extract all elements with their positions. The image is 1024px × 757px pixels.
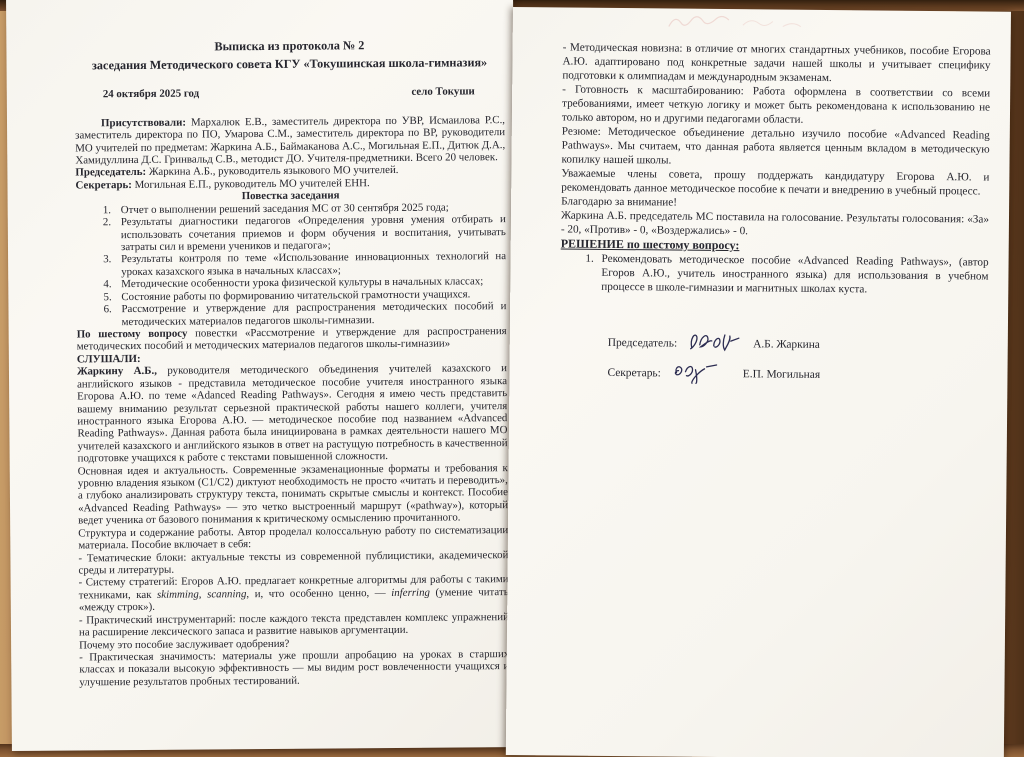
attendees-paragraph: Присутствовали: Мархалюк Е.В., заместите… [75, 114, 505, 167]
question6-label: По шестому вопросу [77, 328, 188, 341]
secretary-signature-ink [671, 358, 733, 385]
secretary-label: Секретарь: [75, 179, 131, 191]
question6-paragraph: По шестому вопросу повестки «Рассмотрени… [77, 325, 507, 353]
bullet-thematic: - Тематические блоки: актуальные тексты … [78, 549, 508, 577]
bullet-scalability: - Готовность к масштабированию: Работа о… [562, 82, 990, 128]
meeting-date: 24 октября 2025 год [75, 88, 199, 101]
chairman-signature-label: Председатель: [608, 336, 677, 351]
speaker-text: руководителя методического объединения у… [77, 362, 508, 464]
appeal-paragraph: Уважаемые члены совета, прошу поддержать… [561, 166, 989, 198]
agenda-item-6: Рассмотрение и утверждение для распростр… [114, 300, 506, 328]
signature-block: Председатель: А.Б. Жаркина Секретарь: Е.… [607, 328, 988, 392]
secretary-printed-name: Е.П. Могильная [743, 367, 820, 382]
bullet-significance: - Практическая значимость: материалы уже… [79, 648, 509, 689]
agenda-item-2: Результаты диагностики педагогов «Опреде… [114, 213, 506, 253]
term-skimming: skimming [157, 588, 199, 600]
document-title-line2: заседания Методического совета КГУ «Току… [74, 54, 504, 75]
date-location-row: 24 октября 2025 год село Токуши [75, 85, 505, 101]
secretary-signature-row: Секретарь: Е.П. Могильная [607, 358, 987, 392]
idea-paragraph: Основная идея и актуальность. Современны… [78, 462, 508, 527]
voting-paragraph: Жаркина А.Б. председатель МС поставила н… [561, 208, 989, 240]
faint-pink-handwriting [663, 10, 863, 38]
left-page: Выписка из протокола № 2 заседания Метод… [6, 0, 519, 751]
speaker-name: Жаркину А.Б., [77, 365, 157, 378]
term-scanning: scanning [207, 588, 246, 600]
photo-of-document-on-desk: Выписка из протокола № 2 заседания Метод… [0, 0, 1024, 757]
agenda-list: Отчет о выполнении решений заседания МС … [76, 201, 507, 329]
chairman-signature-row: Председатель: А.Б. Жаркина [608, 328, 988, 362]
chairman-printed-name: А.Б. Жаркина [753, 337, 820, 352]
summary-paragraph: Резюме: Методическое объединение детальн… [561, 124, 989, 170]
bullet-novelty: - Методическая новизна: в отличие от мно… [562, 40, 990, 86]
structure-paragraph: Структура и содержание работы. Автор про… [78, 524, 508, 552]
term-inferring: inferring [391, 587, 430, 599]
secretary-signature-label: Секретарь: [607, 366, 660, 381]
bullet-tools: - Практический инструментарий: после каж… [79, 611, 509, 639]
speaker-paragraph: Жаркину А.Б., руководителя методического… [77, 362, 508, 465]
bullet-strategies: - Систему стратегий: Егоров А.Ю. предлаг… [79, 573, 509, 614]
right-page: - Методическая новизна: в отличие от мно… [506, 7, 1011, 757]
chairman-label: Председатель: [75, 166, 146, 179]
agenda-item-3: Результаты контроля по теме «Использован… [114, 251, 506, 279]
decision-list: Рекомендовать методическое пособие «Adva… [560, 251, 988, 297]
attendees-label: Присутствовали: [101, 116, 186, 129]
meeting-location: село Токуши [411, 86, 474, 99]
chairman-signature-ink [687, 328, 743, 355]
decision-item-1: Рекомендовать методическое пособие «Adva… [596, 252, 988, 298]
